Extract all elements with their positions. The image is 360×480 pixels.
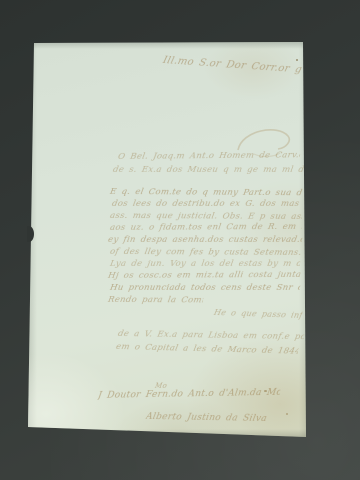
foxing-spot [286,413,288,415]
body-line-3: E q. el Com.te do q muny Part.o sua de t… [109,187,303,198]
signature-1: J Doutor Fern.do Ant.o d'Alm.da Mor.do J… [97,388,281,401]
body-line-1: O Bel. Joaq.m Ant.o Homem de Carv.o m e [117,150,301,162]
dateline-1: de a V. Ex.a para Lisboa em conf.e pode … [117,329,305,342]
body-line-12: Rendo para la Commum. [107,295,204,305]
signature-2: Alberto Justino da Silva [145,412,271,424]
salutation-line: Ill.mo S.or Dor Corr.or g [162,55,304,76]
foxing-spot [296,59,298,61]
body-line-10: Hj os cosc.os em miz.ta alli costa junta… [107,270,301,281]
body-line-9: Lya de jun. Voy a los del estas by m des… [109,259,301,269]
letter-paper: Ill.mo S.or Dor Corr.or gO Bel. Joaq.m A… [28,42,306,437]
photo-backdrop: Ill.mo S.or Dor Corr.or gO Bel. Joaq.m A… [0,0,360,480]
body-line-2: de s. Ex.a dos Museu q m ge ma ml de sua… [112,165,304,175]
body-line-5: ass. mas que justicial. Obs. E p sua ass… [109,211,303,222]
body-line-4: dos lees do destribu.do ex G. dos mas co… [111,199,303,209]
body-line-8: of des lley com fes by custa Setemans. I… [109,247,303,258]
body-line-11: Hu pronunciada todos cens deste Snr o Ma… [109,283,301,293]
dateline-2: em o Capital a les de Marco de 1844 [115,342,299,357]
closing-line: He o que passo informe [213,308,303,320]
body-line-6: aos uz. o fidam.tos enl Cam de R. em hua… [109,222,303,233]
body-line-7: ey fin despa asenha.dos custas relevad.o… [107,235,303,245]
